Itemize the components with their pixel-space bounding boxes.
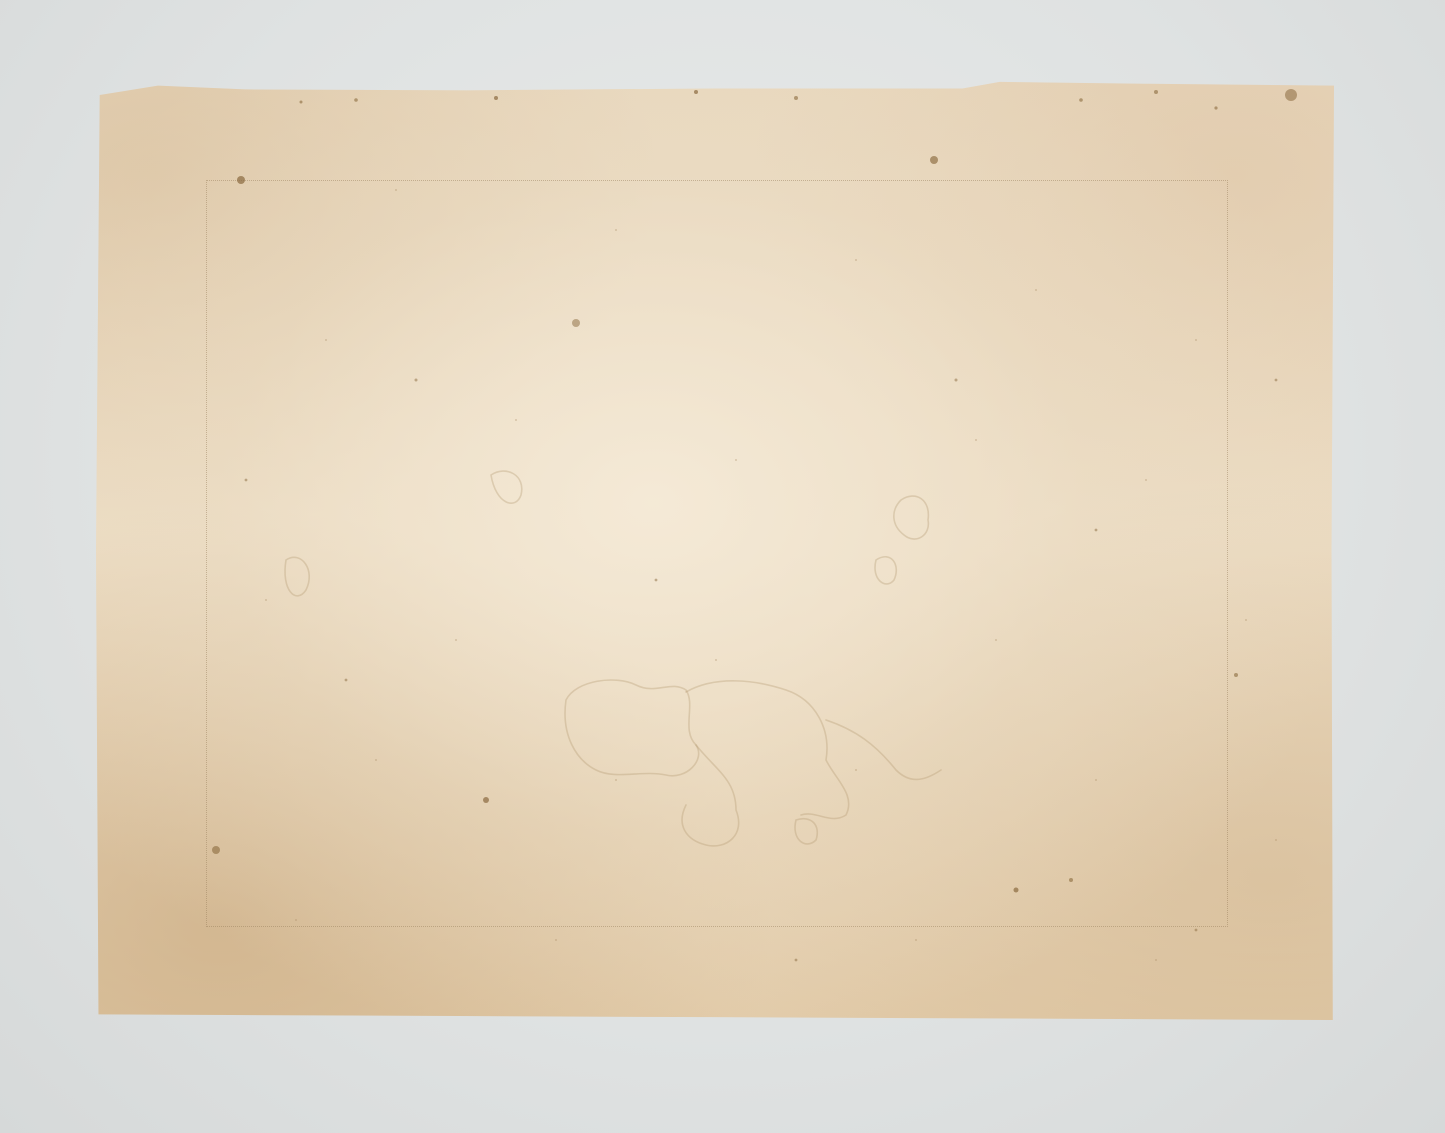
antique-paper-sheet <box>96 80 1334 1020</box>
photo-backdrop <box>0 0 1445 1133</box>
foxing-spots <box>96 80 1334 1020</box>
